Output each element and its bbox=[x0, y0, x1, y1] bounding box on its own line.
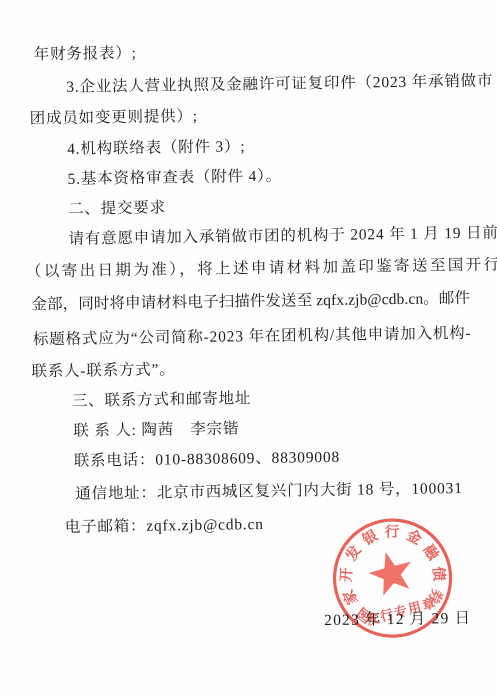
scanned-document-page: 年财务报表）; 3.企业法人营业执照及金融许可证复印件（2023 年承销做市 团… bbox=[0, 0, 497, 695]
document-line: 标题格式应为“公司简称-2023 年在团机构/其他申请加入机构- bbox=[33, 323, 472, 352]
official-seal: 发行专用章 国家开发银行金融债券 bbox=[313, 499, 472, 658]
seal-arc-char: 债 bbox=[429, 566, 448, 583]
seal-arc-char: 行 bbox=[385, 523, 400, 541]
document-line: （以寄出日期为准），将上述申请材料加盖印鉴寄送至国开行资 bbox=[26, 254, 497, 283]
document-line: 联系人-联系方式”。 bbox=[31, 359, 175, 383]
section-heading-3: 三、联系方式和邮寄地址 bbox=[72, 388, 252, 413]
contact-email-line: 电子邮箱：zqfx.zjb@cdb.cn bbox=[65, 514, 264, 539]
document-line-item-3: 3.企业法人营业执照及金融许可证复印件（2023 年承销做市 bbox=[66, 71, 493, 99]
document-line-email-sentence: 金部，同时将申请材料电子扫描件发送至 zqfx.zjb@cdb.cn。邮件 bbox=[31, 288, 470, 317]
contact-phone-line: 联系电话：010-88308609、88309008 bbox=[74, 447, 341, 473]
document-line-item-4: 4.机构联络表（附件 3）; bbox=[67, 136, 246, 161]
contact-person-line: 联 系 人: 陶茜 李宗锴 bbox=[73, 418, 239, 442]
document-line: 团成员如变更则提供）; bbox=[30, 106, 198, 130]
seal-graphic: 发行专用章 国家开发银行金融债券 bbox=[313, 499, 472, 658]
document-line: 年财务报表）; bbox=[34, 43, 137, 67]
mailing-address-line: 通信地址：北京市西城区复兴门内大街 18 号，100031 bbox=[75, 478, 463, 506]
seal-star-icon bbox=[365, 546, 418, 597]
document-line-item-5: 5.基本资格审查表（附件 4）。 bbox=[67, 166, 282, 191]
seal-arc-char: 开 bbox=[338, 567, 356, 583]
section-heading-2: 二、提交要求 bbox=[68, 197, 166, 220]
document-line: 请有意愿申请加入承销做市团的机构于 2024 年 1 月 19 日前 bbox=[68, 222, 497, 250]
document-body: 年财务报表）; 3.企业法人营业执照及金融许可证复印件（2023 年承销做市 团… bbox=[0, 0, 497, 695]
